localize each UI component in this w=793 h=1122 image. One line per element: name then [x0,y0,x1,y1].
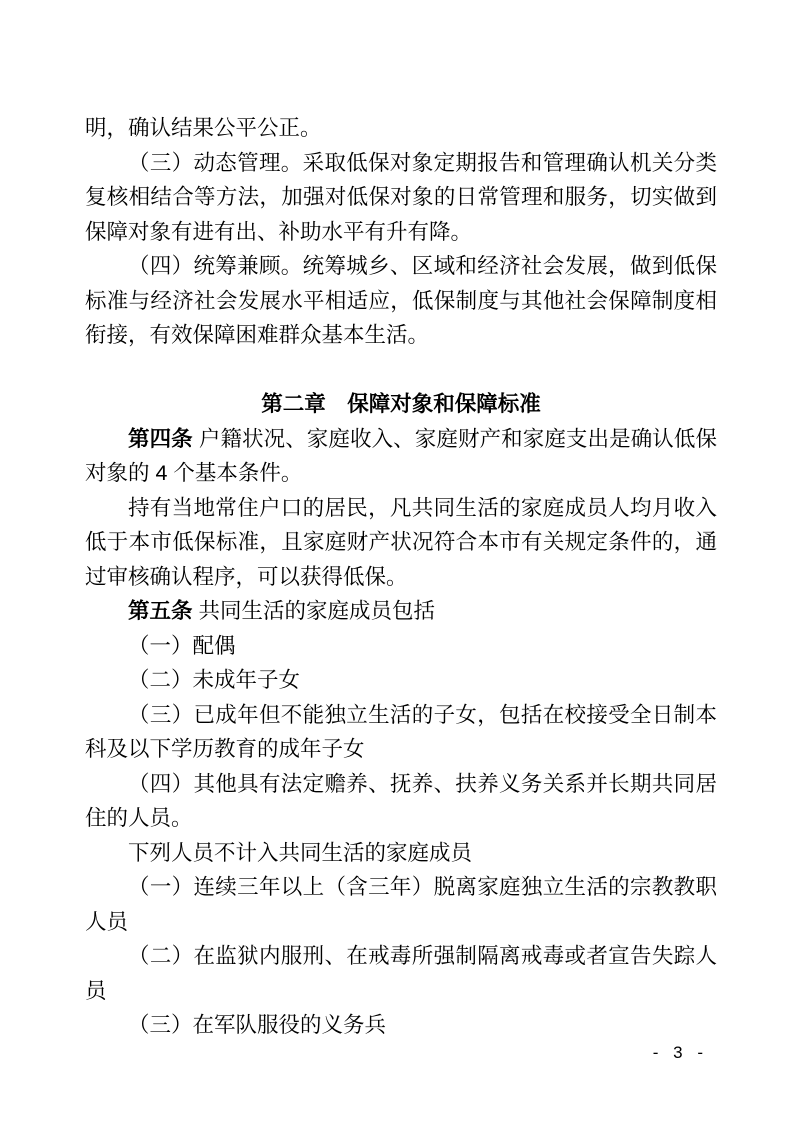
article-4-number: 第四条 [128,427,193,451]
article-4: 第四条 户籍状况、家庭收入、家庭财产和家庭支出是确认低保对象的 4 个基本条件。 [85,422,717,491]
article-4-paragraph-2: 持有当地常住户口的居民，凡共同生活的家庭成员人均月收入低于本市低保标准，且家庭财… [85,491,717,595]
family-member-item-2: （二）未成年子女 [85,663,717,698]
excluded-members-intro: 下列人员不计入共同生活的家庭成员 [85,836,717,871]
chapter-2-heading: 第二章 保障对象和保障标准 [85,387,717,422]
excluded-item-2: （二）在监狱内服刑、在戒毒所强制隔离戒毒或者宣告失踪人员 [85,939,717,1008]
family-member-item-3: （三）已成年但不能独立生活的子女，包括在校接受全日制本科及以下学历教育的成年子女 [85,698,717,767]
continuation-line: 明，确认结果公平公正。 [85,111,717,146]
principle-overall-planning: （四）统筹兼顾。统筹城乡、区域和经济社会发展，做到低保标准与经济社会发展水平相适… [85,249,717,353]
article-5-number: 第五条 [128,599,193,623]
principle-dynamic-management: （三）动态管理。采取低保对象定期报告和管理确认机关分类复核相结合等方法，加强对低… [85,146,717,250]
document-page: 明，确认结果公平公正。 （三）动态管理。采取低保对象定期报告和管理确认机关分类复… [0,0,793,1122]
family-member-item-4: （四）其他具有法定赡养、抚养、扶养义务关系并长期共同居住的人员。 [85,767,717,836]
article-5: 第五条 共同生活的家庭成员包括 [85,594,717,629]
excluded-item-1: （一）连续三年以上（含三年）脱离家庭独立生活的宗教教职人员 [85,870,717,939]
family-member-item-1: （一）配偶 [85,629,717,664]
article-5-text: 共同生活的家庭成员包括 [193,599,435,623]
excluded-item-3: （三）在军队服役的义务兵 [85,1008,717,1043]
page-number: - 3 - [653,1043,708,1063]
document-body: 明，确认结果公平公正。 （三）动态管理。采取低保对象定期报告和管理确认机关分类复… [85,111,717,1043]
